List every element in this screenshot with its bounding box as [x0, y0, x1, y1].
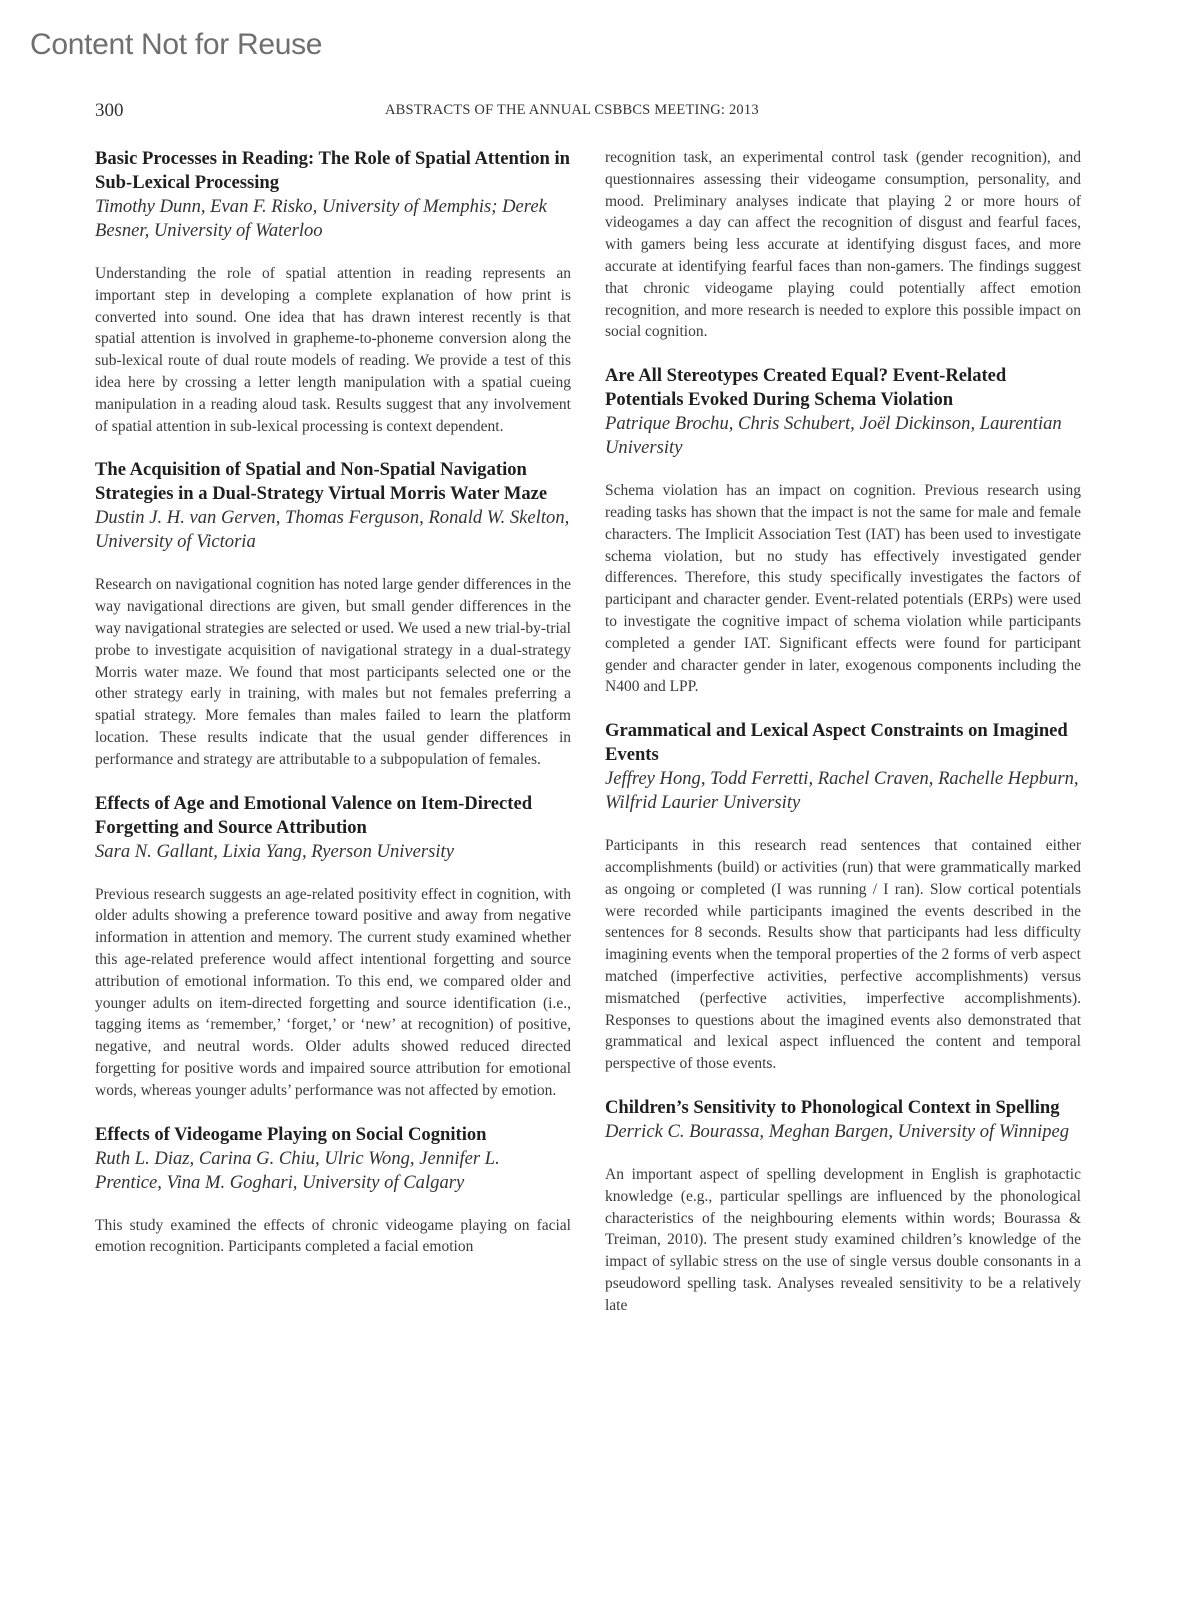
abstract-authors: Timothy Dunn, Evan F. Risko, University … — [95, 195, 571, 243]
abstract-authors: Ruth L. Diaz, Carina G. Chiu, Ulric Wong… — [95, 1147, 571, 1195]
abstract-authors: Sara N. Gallant, Lixia Yang, Ryerson Uni… — [95, 840, 571, 864]
abstract-body: An important aspect of spelling developm… — [605, 1164, 1081, 1317]
abstract-title: Effects of Videogame Playing on Social C… — [95, 1123, 571, 1147]
abstract-body: Research on navigational cognition has n… — [95, 574, 571, 770]
abstract-title: Are All Stereotypes Created Equal? Event… — [605, 364, 1081, 412]
abstract: Basic Processes in Reading: The Role of … — [95, 147, 571, 437]
journal-title: ABSTRACTS OF THE ANNUAL CSBBCS MEETING: … — [385, 102, 759, 119]
abstract-body: Schema violation has an impact on cognit… — [605, 480, 1081, 698]
abstract: Are All Stereotypes Created Equal? Event… — [605, 364, 1081, 698]
abstract-authors: Jeffrey Hong, Todd Ferretti, Rachel Crav… — [605, 767, 1081, 815]
continued-body: recognition task, an experimental contro… — [605, 147, 1081, 343]
abstract-authors: Dustin J. H. van Gerven, Thomas Ferguson… — [95, 506, 571, 554]
abstract-body: Understanding the role of spatial attent… — [95, 263, 571, 437]
abstract-title: Effects of Age and Emotional Valence on … — [95, 792, 571, 840]
abstract-title: The Acquisition of Spatial and Non-Spati… — [95, 458, 571, 506]
abstract: Children’s Sensitivity to Phonological C… — [605, 1096, 1081, 1317]
abstract-authors: Patrique Brochu, Chris Schubert, Joël Di… — [605, 412, 1081, 460]
abstract: Grammatical and Lexical Aspect Constrain… — [605, 719, 1081, 1075]
abstract: Effects of Age and Emotional Valence on … — [95, 792, 571, 1102]
abstract: The Acquisition of Spatial and Non-Spati… — [95, 458, 571, 770]
abstract-continued: recognition task, an experimental contro… — [605, 147, 1081, 343]
page-number: 300 — [95, 100, 124, 122]
abstract-title: Grammatical and Lexical Aspect Constrain… — [605, 719, 1081, 767]
abstract-body: This study examined the effects of chron… — [95, 1215, 571, 1259]
abstract-body: Participants in this research read sente… — [605, 835, 1081, 1075]
running-head: 300 ABSTRACTS OF THE ANNUAL CSBBCS MEETI… — [95, 100, 1080, 124]
left-column: Basic Processes in Reading: The Role of … — [95, 147, 571, 1279]
watermark: Content Not for Reuse — [30, 28, 322, 62]
abstract-body: Previous research suggests an age-relate… — [95, 884, 571, 1102]
abstract-title: Children’s Sensitivity to Phonological C… — [605, 1096, 1081, 1120]
abstract-authors: Derrick C. Bourassa, Meghan Bargen, Univ… — [605, 1120, 1081, 1144]
abstract: Effects of Videogame Playing on Social C… — [95, 1123, 571, 1259]
right-column: recognition task, an experimental contro… — [605, 147, 1081, 1337]
abstract-title: Basic Processes in Reading: The Role of … — [95, 147, 571, 195]
